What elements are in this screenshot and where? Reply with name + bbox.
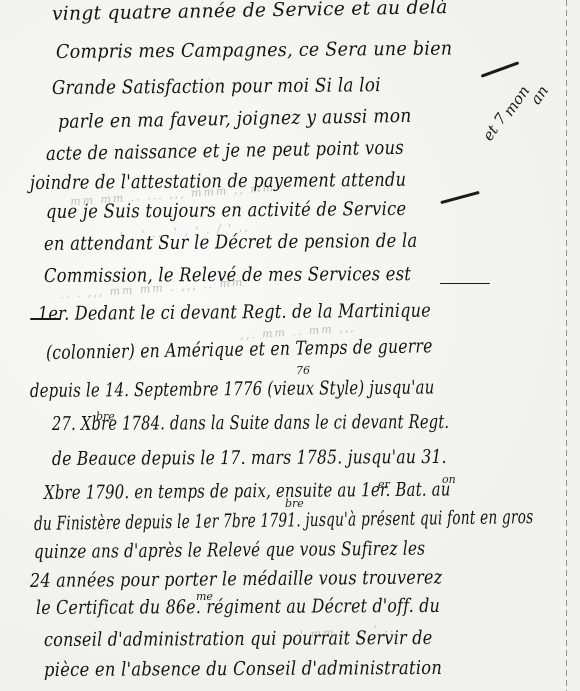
pen-flourish bbox=[30, 318, 60, 320]
pen-flourish bbox=[440, 191, 479, 204]
manuscript-line: de Beauce depuis le 17. mars 1785. jusqu… bbox=[52, 446, 447, 470]
superscript-note: bre bbox=[96, 410, 115, 423]
pen-flourish bbox=[440, 283, 490, 284]
margin-note: mon bbox=[500, 82, 534, 119]
manuscript-line: acte de naissance et je ne peut point vo… bbox=[46, 137, 404, 165]
manuscript-line: depuis le 14. Septembre 1776 (vieux Styl… bbox=[30, 376, 435, 402]
manuscript-line: Grande Satisfaction pour moi Si la loi bbox=[52, 74, 381, 99]
manuscript-page: . . ' ,, . . ' ` . , ` , mm mm .. ... ,,… bbox=[0, 0, 580, 691]
manuscript-line: quinze ans d'après le Relevé que vous Su… bbox=[34, 538, 425, 563]
manuscript-line: Commission, le Relevé de mes Services es… bbox=[44, 263, 411, 287]
manuscript-line: 1er. Dedant le ci devant Regt. de la Mar… bbox=[38, 300, 431, 325]
manuscript-line: vingt quatre année de Service et au delà bbox=[52, 0, 448, 25]
manuscript-line: (colonnier) en Amérique et en Temps de g… bbox=[46, 335, 433, 364]
superscript-note: bre bbox=[285, 497, 304, 510]
manuscript-line: en attendant Sur le Décret de pension de… bbox=[44, 230, 418, 255]
superscript-note: 76 bbox=[296, 364, 310, 377]
manuscript-line: parle en ma faveur, joignez y aussi mon bbox=[58, 105, 412, 133]
manuscript-line: Compris mes Campagnes, ce Sera une bien bbox=[56, 38, 453, 63]
manuscript-line: que je Suis toujours en activité de Serv… bbox=[46, 198, 407, 223]
margin-note: et 7 bbox=[479, 110, 511, 144]
superscript-note: me bbox=[196, 590, 213, 603]
superscript-note: er bbox=[378, 478, 390, 491]
manuscript-line: le Certificat du 86e. régiment au Décret… bbox=[36, 595, 440, 619]
margin-note: an bbox=[527, 82, 552, 108]
superscript-note: on bbox=[442, 473, 456, 486]
manuscript-line: 24 années pour porter le médaille vous t… bbox=[30, 566, 443, 592]
manuscript-line: conseil d'administration qui pourrait Se… bbox=[44, 627, 433, 651]
page-fold-line bbox=[566, 0, 567, 691]
pen-flourish bbox=[481, 61, 520, 77]
manuscript-line: joindre de l'attestation de payement att… bbox=[30, 169, 406, 194]
manuscript-line: du Finistère depuis le 1er 7bre 1791. ju… bbox=[34, 506, 534, 535]
manuscript-line: pièce en l'absence du Conseil d'administ… bbox=[44, 657, 442, 681]
